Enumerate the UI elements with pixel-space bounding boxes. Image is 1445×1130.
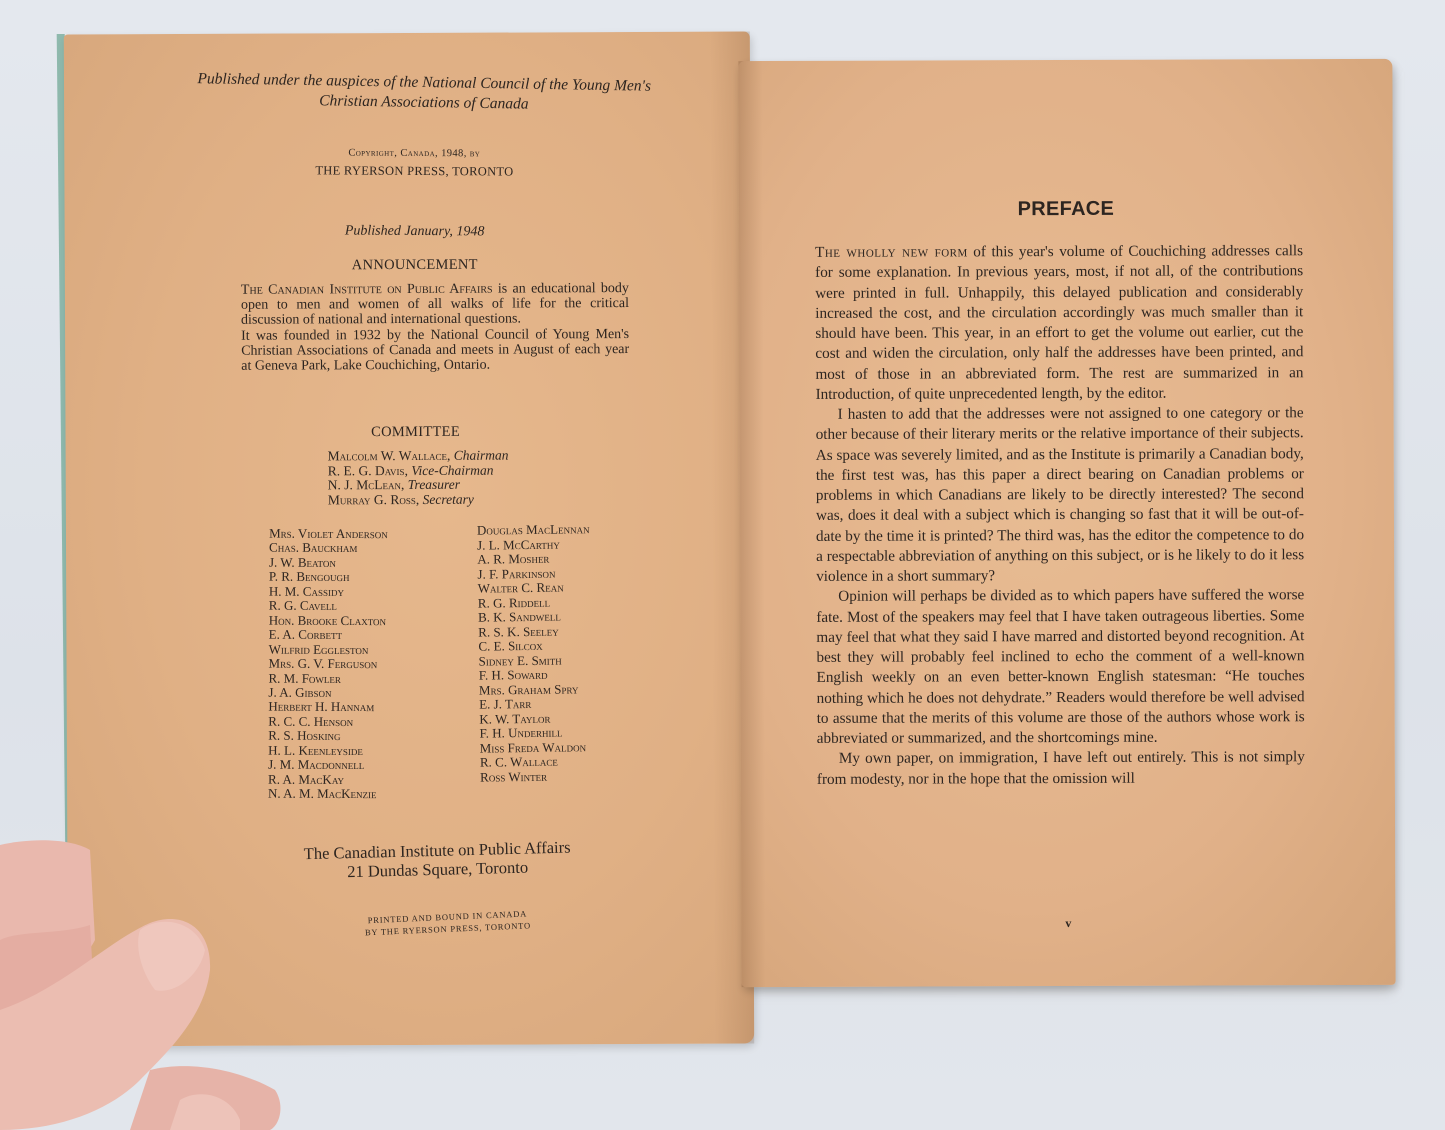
preface-text: of this year's volume of Couchiching add… bbox=[815, 242, 1303, 402]
preface-lead: The wholly new form bbox=[815, 243, 968, 261]
officer-name: Malcolm W. Wallace bbox=[328, 448, 447, 464]
preface-title: PREFACE bbox=[739, 197, 1393, 222]
officer-role: Treasurer bbox=[408, 477, 460, 492]
announcement-para-2: It was founded in 1932 by the National C… bbox=[241, 328, 629, 374]
published-date: Published January, 1948 bbox=[215, 223, 615, 241]
officer-row: R. E. G. Davis, Vice-Chairman bbox=[328, 462, 648, 478]
officer-role: Chairman bbox=[454, 448, 509, 463]
members-column-left: Mrs. Violet Anderson Chas. Bauckham J. W… bbox=[268, 527, 489, 803]
printer-imprint: PRINTED AND BOUND IN CANADA BY THE RYERS… bbox=[297, 904, 598, 941]
preface-paragraph: I hasten to add that the addresses were … bbox=[816, 403, 1305, 587]
preface-body: The wholly new form of this year's volum… bbox=[815, 241, 1305, 789]
officer-row: Murray G. Ross, Secretary bbox=[328, 491, 648, 507]
officer-role: Vice-Chairman bbox=[411, 462, 493, 477]
hand-image bbox=[0, 820, 320, 1130]
right-page: PREFACE The wholly new form of this year… bbox=[738, 59, 1395, 987]
committee-officers: Malcolm W. Wallace, Chairman R. E. G. Da… bbox=[328, 448, 648, 507]
publisher-line: THE RYERSON PRESS, TORONTO bbox=[214, 163, 614, 180]
announcement-lead: The Canadian Institute on Public Affairs bbox=[241, 282, 493, 298]
copyright-line: Copyright, Canada, 1948, by bbox=[214, 147, 614, 160]
announcement-heading: ANNOUNCEMENT bbox=[215, 256, 615, 275]
announcement-para-1: The Canadian Institute on Public Affairs… bbox=[241, 282, 629, 328]
officer-role: Secretary bbox=[423, 491, 474, 506]
officer-row: N. J. McLean, Treasurer bbox=[328, 477, 648, 493]
page-number: v bbox=[741, 915, 1395, 932]
officer-name: R. E. G. Davis bbox=[328, 463, 405, 478]
preface-paragraph: Opinion will perhaps be divided as to wh… bbox=[816, 585, 1305, 749]
preface-paragraph: The wholly new form of this year's volum… bbox=[815, 241, 1304, 405]
announcement-body: The Canadian Institute on Public Affairs… bbox=[241, 282, 629, 376]
member-name: N. A. M. MacKenzie bbox=[268, 787, 488, 802]
auspices-note: Published under the auspices of the Nati… bbox=[184, 69, 665, 117]
preface-paragraph: My own paper, on immigration, I have lef… bbox=[817, 747, 1305, 789]
officer-name: Murray G. Ross bbox=[328, 491, 416, 506]
officer-name: N. J. McLean bbox=[328, 477, 401, 492]
member-name: Ross Winter bbox=[480, 767, 700, 784]
committee-heading: COMMITTEE bbox=[216, 423, 616, 442]
members-column-right: Douglas MacLennan J. L. McCarthy A. R. M… bbox=[477, 521, 700, 785]
